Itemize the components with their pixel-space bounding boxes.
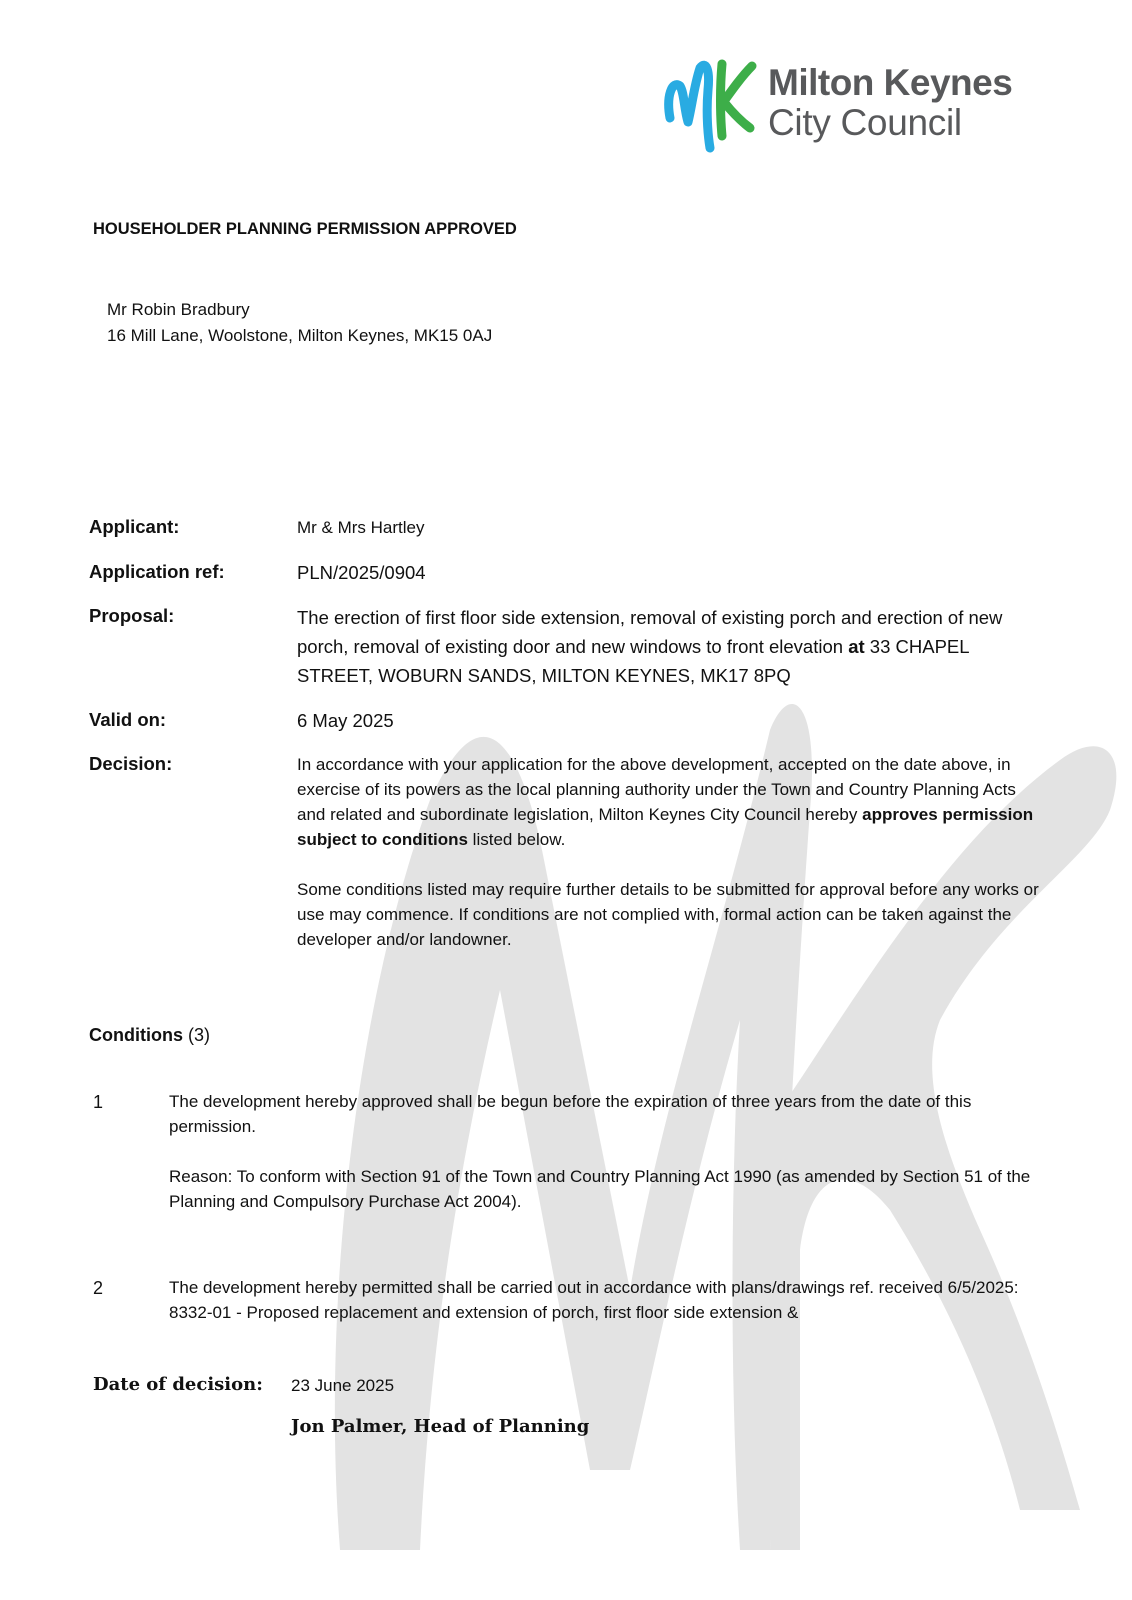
decision-paragraph-1: In accordance with your application for … xyxy=(297,752,1042,852)
conditions-heading: Conditions (3) xyxy=(89,1025,210,1046)
recipient-address: 16 Mill Lane, Woolstone, Milton Keynes, … xyxy=(107,323,492,349)
condition-number: 2 xyxy=(93,1278,103,1299)
signatory: Jon Palmer, Head of Planning xyxy=(291,1416,589,1437)
proposal-label: Proposal: xyxy=(89,605,174,627)
council-logo: Milton Keynes City Council xyxy=(662,56,1052,156)
condition-reason: Reason: To conform with Section 91 of th… xyxy=(169,1164,1044,1214)
condition-item: The development hereby approved shall be… xyxy=(169,1089,1044,1239)
recipient-name: Mr Robin Bradbury xyxy=(107,297,492,323)
decision-label: Decision: xyxy=(89,753,172,775)
mk-logo-icon xyxy=(662,56,762,156)
condition-item: The development hereby permitted shall b… xyxy=(169,1275,1044,1350)
decision-date-value: 23 June 2025 xyxy=(291,1376,394,1396)
proposal-value: The erection of first floor side extensi… xyxy=(297,603,1042,690)
logo-line-2: City Council xyxy=(768,102,962,144)
proposal-at: at xyxy=(848,636,864,657)
page-title: HOUSEHOLDER PLANNING PERMISSION APPROVED xyxy=(93,220,517,239)
logo-line-1: Milton Keynes xyxy=(768,62,1012,104)
valid-on-value: 6 May 2025 xyxy=(297,706,1042,735)
applicant-value: Mr & Mrs Hartley xyxy=(297,513,1042,542)
applicant-label: Applicant: xyxy=(89,516,179,538)
application-ref-value: PLN/2025/0904 xyxy=(297,558,1042,587)
condition-text: The development hereby permitted shall b… xyxy=(169,1275,1044,1325)
decision-date-label: Date of decision: xyxy=(93,1374,263,1395)
recipient-block: Mr Robin Bradbury 16 Mill Lane, Woolston… xyxy=(107,297,492,349)
condition-number: 1 xyxy=(93,1092,103,1113)
application-ref-label: Application ref: xyxy=(89,561,225,583)
condition-text: The development hereby approved shall be… xyxy=(169,1089,1044,1139)
decision-text: In accordance with your application for … xyxy=(297,752,1042,977)
decision-paragraph-2: Some conditions listed may require furth… xyxy=(297,877,1042,952)
valid-on-label: Valid on: xyxy=(89,709,166,731)
